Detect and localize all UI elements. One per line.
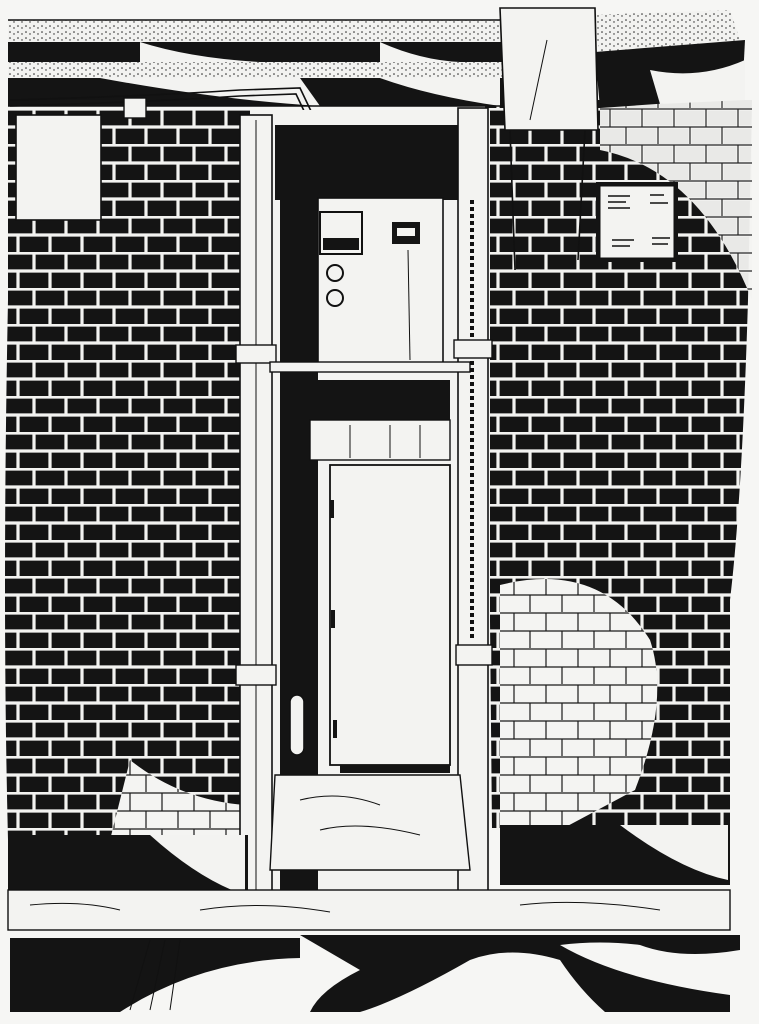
left-sign <box>16 115 101 220</box>
dial-icon <box>327 290 343 306</box>
doorway <box>236 108 492 920</box>
cornice <box>8 10 745 108</box>
right-placard <box>596 182 678 262</box>
electrical-panel <box>318 198 443 363</box>
ink-drawing <box>0 0 759 1024</box>
dial-icon <box>327 265 343 281</box>
door <box>330 465 450 773</box>
left-pilaster <box>236 115 276 910</box>
